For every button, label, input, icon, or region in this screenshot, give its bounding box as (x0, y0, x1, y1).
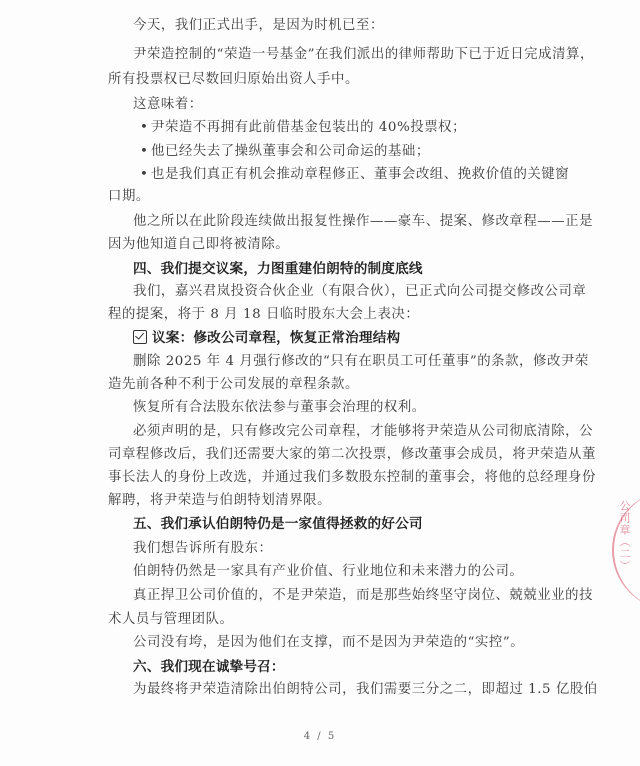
bullet-item: • 他已经失去了操纵董事会和公司命运的基础； (151, 143, 430, 161)
bullet-item: • 尹荣造不再拥有此前借基金包装出的 40%投票权； (151, 119, 466, 137)
paragraph-line: 为最终将尹荣造清除出伯朗特公司，我们需要三分之二，即超过 1.5 亿股伯 (133, 681, 598, 699)
proposal-heading-text: 议案：修改公司章程，恢复正常治理结构 (152, 330, 400, 346)
bullet-icon: • (140, 143, 148, 161)
paragraph-line: 尹荣造控制的“荣造一号基金”在我们派出的律师帮助下已于近日完成清算， (133, 46, 594, 64)
paragraph-line: 恢复所有合法股东依法参与董事会治理的权利。 (133, 399, 426, 417)
paragraph-line: 伯朗特仍然是一家具有产业价值、行业地位和未来潜力的公司。 (133, 563, 523, 581)
paragraph-line: 必须声明的是，只有修改完公司章程，才能够将尹荣造从公司彻底清除，公 (133, 423, 593, 441)
paragraph-line: 口期。 (108, 188, 150, 206)
bullet-icon: • (140, 119, 148, 137)
section-heading-6: 六、我们现在诚挚号召： (133, 658, 285, 676)
paragraph-line: 我们，嘉兴君岚投资合伙企业（有限合伙），已正式向公司提交修改公司章 (133, 283, 586, 301)
paragraph-line: 删除 2025 年 4 月强行修改的“只有在职员工可任董事”的条款，修改尹荣 (133, 353, 589, 371)
paragraph-line: 这意味着： (133, 96, 203, 114)
bullet-text: 尹荣造不再拥有此前借基金包装出的 40%投票权； (151, 120, 466, 135)
bullet-icon: • (140, 166, 148, 184)
section-heading-4: 四、我们提交议案，力图重建伯朗特的制度底线 (133, 260, 423, 278)
checkbox-icon (133, 330, 147, 344)
paragraph-line: 我们想告诉所有股东： (133, 540, 272, 558)
stamp-text: 公司章（二） (616, 500, 632, 572)
paragraph-line: 造先前各种不利于公司发展的章程条款。 (108, 376, 359, 394)
page-number: 4 / 5 (0, 731, 640, 742)
paragraph-line: 事长法人的身份上改选，并通过我们多数股东控制的董事会，将他的总经理身份 (108, 469, 596, 487)
bullet-text: 也是我们真正有机会推动章程修正、董事会改组、挽救价值的关键窗 (151, 167, 569, 182)
document-page: 今天，我们正式出手，是因为时机已至： 尹荣造控制的“荣造一号基金”在我们派出的律… (0, 0, 640, 766)
paragraph-line: 真正捍卫公司价值的，不是尹荣造，而是那些始终坚守岗位、兢兢业业的技 (133, 587, 593, 605)
section-heading-5: 五、我们承认伯朗特仍是一家值得拯救的好公司 (133, 515, 423, 533)
paragraph-line: 解聘，将尹荣造与伯朗特划清界限。 (108, 492, 331, 510)
paragraph-line: 所有投票权已尽数回归原始出资人手中。 (108, 71, 359, 89)
proposal-heading: 议案：修改公司章程，恢复正常治理结构 (133, 329, 400, 347)
paragraph-line: 因为他知道自己即将被清除。 (108, 236, 289, 254)
paragraph-line: 司章程修改后，我们还需要大家的第二次投票，修改董事会成员，将尹荣造从董 (108, 446, 596, 464)
paragraph-line: 他之所以在此阶段连续做出报复性操作——豪车、提案、修改章程——正是 (133, 213, 593, 231)
bullet-item: • 也是我们真正有机会推动章程修正、董事会改组、挽救价值的关键窗 (151, 166, 569, 184)
paragraph-line: 程的提案，将于 8 月 18 日临时股东大会上表决： (108, 306, 419, 324)
bullet-text: 他已经失去了操纵董事会和公司命运的基础； (151, 144, 430, 159)
paragraph-line: 公司没有垮，是因为他们在支撑，而不是因为尹荣造的“实控”。 (133, 634, 524, 652)
paragraph-line: 术人员与管理团队。 (108, 611, 233, 629)
paragraph-line: 今天，我们正式出手，是因为时机已至： (133, 17, 384, 35)
